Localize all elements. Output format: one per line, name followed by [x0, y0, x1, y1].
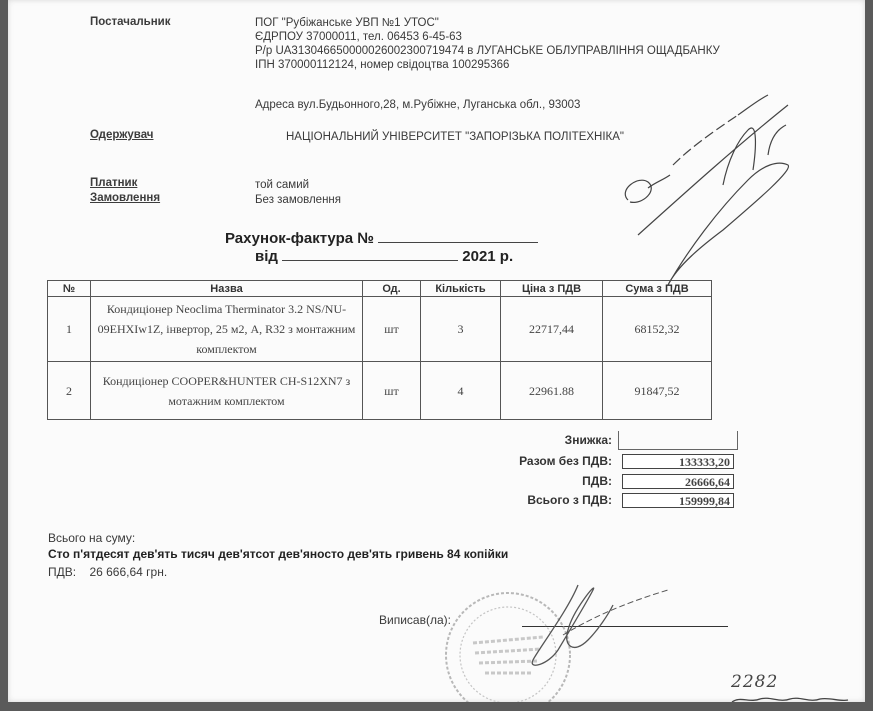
payer-label: Платник	[90, 177, 137, 189]
signature-scribble-icon	[518, 580, 678, 670]
cell-name: Кондиціонер COOPER&HUNTER CH-S12XN7 з мо…	[91, 362, 363, 420]
supplier-edrpou: ЄДРПОУ 37000011, тел. 06453 6-45-63	[255, 30, 720, 44]
cell-sum: 91847,52	[603, 362, 712, 420]
invoice-title: Рахунок-фактура №	[225, 228, 538, 247]
handwritten-note: 2282	[731, 672, 778, 692]
vat-value: 26666,64	[622, 474, 734, 489]
amount-vat-label: ПДВ:	[48, 565, 76, 579]
payer-value: той самий	[255, 178, 309, 192]
invoice-date: від 2021 р.	[255, 246, 513, 265]
order-label: Замовлення	[90, 192, 160, 204]
col-header-name: Назва	[91, 281, 363, 297]
amount-vat: ПДВ: 26 666,64 грн.	[48, 565, 167, 579]
invoice-date-blank	[282, 246, 458, 261]
col-header-qty: Кількість	[421, 281, 501, 297]
cell-price: 22717,44	[501, 297, 603, 362]
invoice-title-text: Рахунок-фактура №	[225, 230, 374, 247]
col-header-unit: Од.	[363, 281, 421, 297]
supplier-details: ПОГ "Рубіжанське УВП №1 УТОС" ЄДРПОУ 370…	[255, 16, 720, 72]
total-value: 159999,84	[622, 493, 734, 508]
invoice-page: Постачальник ПОГ "Рубіжанське УВП №1 УТО…	[8, 0, 865, 702]
amount-label: Всього на суму:	[48, 531, 135, 545]
cell-sum: 68152,32	[603, 297, 712, 362]
recipient-label: Одержувач	[90, 129, 153, 141]
invoice-year: 2021 р.	[462, 248, 513, 265]
cell-qty: 3	[421, 297, 501, 362]
table-row: 2 Кондиціонер COOPER&HUNTER CH-S12XN7 з …	[48, 362, 712, 420]
col-header-no: №	[48, 281, 91, 297]
col-header-price: Ціна з ПДВ	[501, 281, 603, 297]
cell-no: 2	[48, 362, 91, 420]
supplier-address: Адреса вул.Будьонного,28, м.Рубіжне, Луг…	[255, 98, 580, 112]
recipient-value: НАЦІОНАЛЬНИЙ УНІВЕРСИТЕТ "ЗАПОРІЗЬКА ПОЛ…	[286, 130, 624, 144]
vat-label: ПДВ:	[452, 474, 612, 488]
supplier-account: Р/р UA313046650000026002300719474 в ЛУГА…	[255, 44, 720, 58]
invoice-number-blank	[378, 228, 538, 243]
cell-qty: 4	[421, 362, 501, 420]
approval-signature-icon	[608, 70, 865, 290]
amount-vat-value: 26 666,64 грн.	[89, 565, 167, 579]
total-label: Всього з ПДВ:	[452, 493, 612, 507]
discount-label: Знижка:	[452, 433, 612, 447]
cell-name: Кондиціонер Neoclima Therminator 3.2 NS/…	[91, 297, 363, 362]
invoice-date-prefix: від	[255, 248, 278, 265]
items-table: № Назва Од. Кількість Ціна з ПДВ Сума з …	[47, 280, 712, 420]
handwritten-scribble-icon	[730, 694, 850, 702]
discount-box	[618, 431, 738, 450]
supplier-label: Постачальник	[90, 16, 171, 28]
amount-in-words: Сто п'ятдесят дев'ять тисяч дев'ятсот де…	[48, 547, 508, 561]
order-value: Без замовлення	[255, 193, 341, 207]
subtotal-label: Разом без ПДВ:	[452, 454, 612, 468]
table-row: 1 Кондиціонер Neoclima Therminator 3.2 N…	[48, 297, 712, 362]
cell-unit: шт	[363, 362, 421, 420]
subtotal-value: 133333,20	[622, 454, 734, 469]
cell-price: 22961.88	[501, 362, 603, 420]
supplier-name: ПОГ "Рубіжанське УВП №1 УТОС"	[255, 16, 720, 30]
cell-unit: шт	[363, 297, 421, 362]
cell-no: 1	[48, 297, 91, 362]
